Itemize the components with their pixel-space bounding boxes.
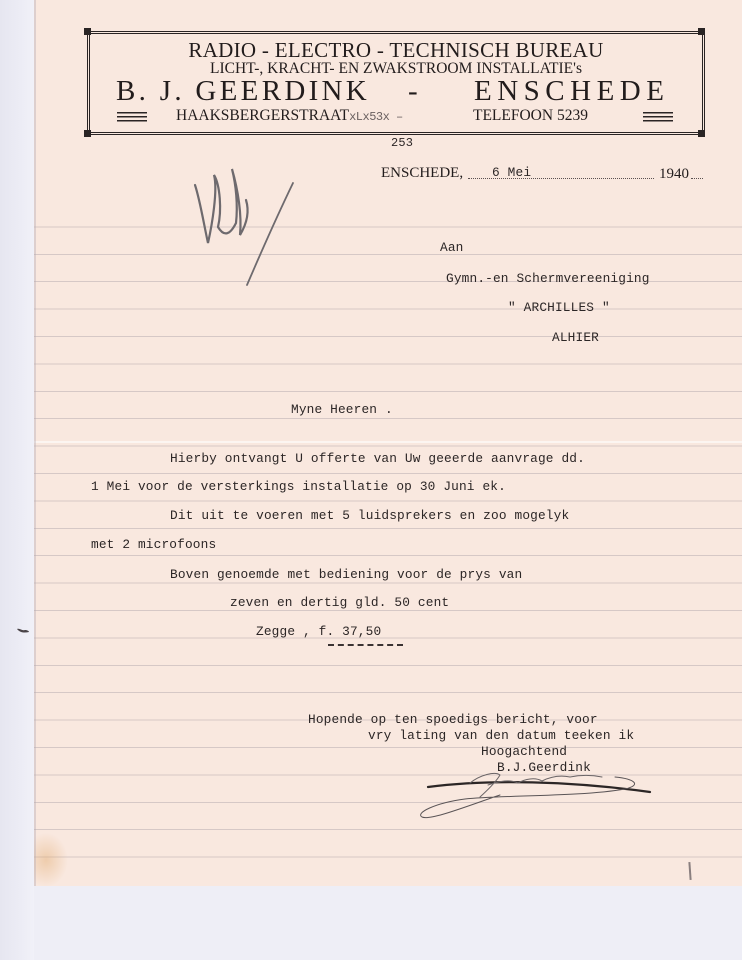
- company-address: HAAKSBERGERSTRAATxLx53x –: [176, 107, 403, 125]
- recipient-location: ALHIER: [552, 330, 599, 345]
- recipient-name: " ARCHILLES ": [508, 300, 610, 315]
- company-telephone: TELEFOON 5239: [473, 107, 588, 125]
- price-total: Zegge , f. 37,50: [256, 624, 381, 639]
- closing-line: Hopende op ten spoedigs bericht, voor: [308, 712, 598, 727]
- recipient-organization: Gymn.-en Schermvereeniging: [446, 271, 650, 286]
- scan-background-left: [0, 0, 34, 960]
- company-name: B. J. GEERDINK: [116, 75, 370, 108]
- ink-smudge: [16, 627, 30, 634]
- dateline-place: ENSCHEDE,: [381, 165, 463, 182]
- handwritten-pencil-mark: [190, 155, 300, 290]
- handwritten-signature: [410, 765, 665, 825]
- decorative-bars-icon: [117, 112, 147, 122]
- dateline-day-month: 6 Mei: [492, 165, 531, 180]
- frame-corner: [698, 28, 705, 35]
- paper-fold-line: [34, 441, 742, 443]
- reference-number: 253: [391, 136, 413, 150]
- closing-salutation: Hoogachtend: [481, 744, 567, 759]
- greeting: Myne Heeren .: [291, 402, 393, 417]
- frame-corner: [84, 28, 91, 35]
- dateline-year: 1940: [659, 166, 689, 183]
- body-line: Hierby ontvangt U offerte van Uw geeerde…: [170, 451, 585, 466]
- recipient-prefix: Aan: [440, 240, 464, 255]
- paper-edge: [34, 0, 36, 886]
- frame-corner: [84, 130, 91, 137]
- letterhead-separator: -: [408, 75, 418, 108]
- body-line: zeven en dertig gld. 50 cent: [230, 595, 449, 610]
- street-number-struck: xLx53x –: [349, 110, 403, 124]
- decorative-bars-icon: [643, 112, 673, 122]
- body-line: Dit uit te voeren met 5 luidsprekers en …: [170, 508, 569, 523]
- company-city: ENSCHEDE: [474, 75, 669, 108]
- body-line: 1 Mei voor de versterkings installatie o…: [91, 479, 506, 494]
- body-line: Boven genoemde met bediening voor de pry…: [170, 567, 522, 582]
- street-name: HAAKSBERGERSTRAAT: [176, 107, 349, 124]
- closing-line: vry lating van den datum teeken ik: [368, 728, 634, 743]
- dateline-dots: [691, 178, 703, 179]
- frame-corner: [698, 130, 705, 137]
- body-line: met 2 microfoons: [91, 537, 216, 552]
- price-underline: [328, 644, 403, 646]
